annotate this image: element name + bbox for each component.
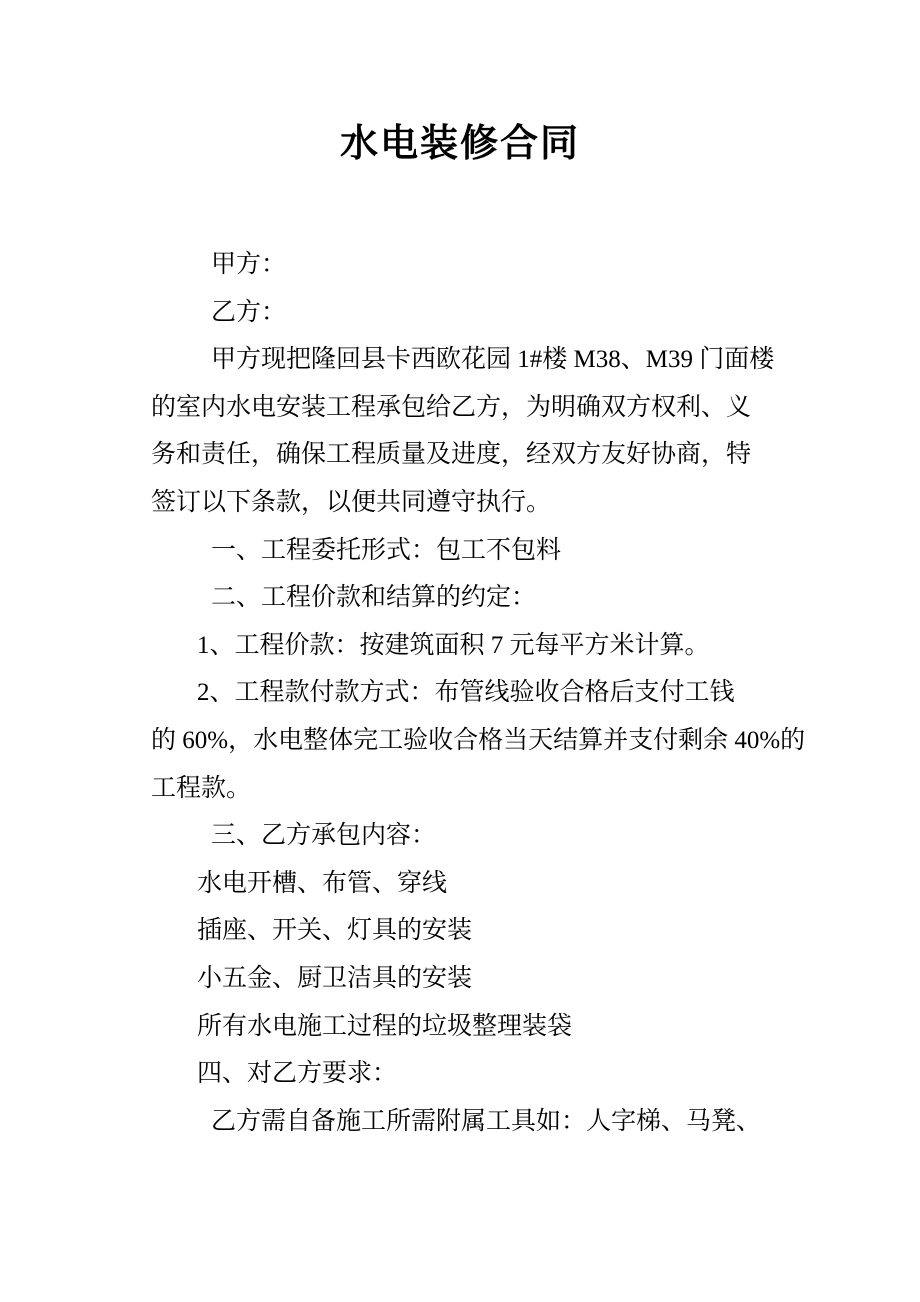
line-clause-3-item-4: 所有水电施工过程的垃圾整理装袋 (151, 1003, 791, 1051)
line-clause-3-item-1: 水电开槽、布管、穿线 (151, 860, 791, 908)
line-party-a: 甲方： (151, 241, 791, 289)
line-clause-2-item-2c: 工程款。 (151, 765, 791, 813)
document-body: 甲方： 乙方： 甲方现把隆回县卡西欧花园 1#楼 M38、M39 门面楼 的室内… (151, 241, 791, 1145)
line-clause-1: 一、工程委托形式：包工不包料 (151, 527, 791, 575)
line-intro-2: 的室内水电安装工程承包给乙方，为明确双方权利、义 (151, 384, 791, 432)
line-clause-2-item-1: 1、工程价款：按建筑面积 7 元每平方米计算。 (151, 622, 791, 670)
line-clause-2-item-2b: 的 60%，水电整体完工验收合格当天结算并支付剩余 40%的 (151, 717, 791, 765)
line-clause-2-item-2a: 2、工程款付款方式：布管线验收合格后支付工钱 (151, 669, 791, 717)
document-title: 水电装修合同 (0, 118, 920, 170)
line-clause-3: 三、乙方承包内容： (151, 812, 791, 860)
line-clause-3-item-3: 小五金、厨卫洁具的安装 (151, 955, 791, 1003)
line-intro-4: 签订以下条款，以便共同遵守执行。 (151, 479, 791, 527)
line-party-b: 乙方： (151, 289, 791, 337)
line-intro-1: 甲方现把隆回县卡西欧花园 1#楼 M38、M39 门面楼 (151, 336, 791, 384)
line-intro-3: 务和责任，确保工程质量及进度，经双方友好协商，特 (151, 431, 791, 479)
line-clause-4-item-1: 乙方需自备施工所需附属工具如：人字梯、马凳、 (151, 1098, 791, 1146)
line-clause-2: 二、工程价款和结算的约定： (151, 574, 791, 622)
document-page: 水电装修合同 甲方： 乙方： 甲方现把隆回县卡西欧花园 1#楼 M38、M39 … (0, 0, 920, 1302)
line-clause-4: 四、对乙方要求： (151, 1050, 791, 1098)
line-clause-3-item-2: 插座、开关、灯具的安装 (151, 907, 791, 955)
